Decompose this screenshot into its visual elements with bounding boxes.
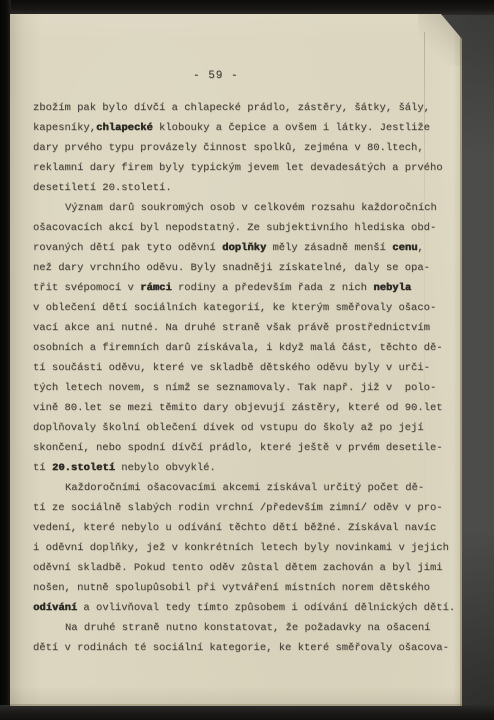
typed-line: dětí v rodinách té sociální kategorie, k… bbox=[33, 638, 455, 658]
typed-line: kapesníky,chlapecké klobouky a čepice a … bbox=[33, 118, 455, 138]
overstruck-word: rámci bbox=[140, 282, 172, 294]
typed-line: reklamní dary firem byly typickým jevem … bbox=[33, 158, 455, 178]
typed-line: vací akce ani nutné. Na druhé straně vša… bbox=[33, 318, 455, 338]
paragraph: Každoročními ošacovacími akcemi získával… bbox=[33, 478, 455, 618]
typed-line: oděvní skladbě. Pokud tento oděv zůstal … bbox=[33, 558, 455, 578]
typed-line: odívání a ovlivňoval tedy tímto způsobem… bbox=[33, 598, 455, 618]
typed-line: Význam darů soukromých osob v celkovém r… bbox=[33, 198, 455, 218]
scanned-page-view: - 59 - zbožím pak bylo dívčí a chlapecké… bbox=[0, 0, 494, 720]
paragraph: zbožím pak bylo dívčí a chlapecké prádlo… bbox=[33, 98, 455, 198]
overstruck-word: odívání bbox=[33, 602, 77, 614]
typed-line: třit svépomocí v rámci rodiny a předevší… bbox=[33, 278, 455, 298]
page-corner-fold bbox=[418, 14, 462, 66]
typed-line: rovaných dětí pak tyto oděvní doplňky mě… bbox=[33, 238, 455, 258]
typed-line: doplňovaly školní oblečení dívek od vstu… bbox=[33, 418, 455, 438]
typed-line: ošacovacích akcí byl nepodstatný. Ze sub… bbox=[33, 218, 455, 238]
typed-line: i oděvní doplňky, jež v konkrétních lete… bbox=[33, 538, 455, 558]
typed-line: než dary vrchního oděvu. Byly snadněji z… bbox=[33, 258, 455, 278]
typed-line: tí součásti oděvu, které ve skladbě děts… bbox=[33, 358, 455, 378]
typed-line: Na druhé straně nutno konstatovat, že po… bbox=[33, 618, 455, 638]
overstruck-word: doplňky bbox=[222, 242, 266, 254]
typed-line: nošen, nutně spolupůsobil při vytváření … bbox=[33, 578, 455, 598]
scan-background-top bbox=[0, 0, 494, 15]
typed-line: tí 20.století nebylo obvyklé. bbox=[33, 458, 455, 478]
typed-line: tých letech novem, s nímž se seznamovaly… bbox=[33, 378, 455, 398]
page-number: - 59 - bbox=[193, 70, 239, 82]
overstruck-word: chlapecké bbox=[96, 122, 153, 134]
typed-line: desetiletí 20.století. bbox=[33, 178, 455, 198]
scan-background-bottom bbox=[0, 705, 494, 720]
overstruck-word: nebyla bbox=[373, 282, 411, 294]
typed-line: skončení, nebo spodní dívčí prádlo, kter… bbox=[33, 438, 455, 458]
typed-line: zbožím pak bylo dívčí a chlapecké prádlo… bbox=[33, 98, 455, 118]
paragraph: Na druhé straně nutno konstatovat, že po… bbox=[33, 618, 455, 658]
overstruck-word: cenu bbox=[392, 242, 417, 254]
document-page: - 59 - zbožím pak bylo dívčí a chlapecké… bbox=[10, 14, 462, 706]
typed-line: v oblečení dětí sociálních kategorií, ke… bbox=[33, 298, 455, 318]
paragraph: Význam darů soukromých osob v celkovém r… bbox=[33, 198, 455, 478]
book-binding-strip bbox=[0, 0, 11, 720]
typewritten-text-block: zbožím pak bylo dívčí a chlapecké prádlo… bbox=[33, 98, 455, 658]
typed-line: osobních a firemních darů získávala, i k… bbox=[33, 338, 455, 358]
overstruck-word: 20.století bbox=[52, 462, 115, 474]
typed-line: dary prvého typu provázely činnost spolk… bbox=[33, 138, 455, 158]
typed-line: tí ze sociálně slabých rodin vrchní /pře… bbox=[33, 498, 455, 518]
typed-line: vedení, které nebylo u odívání těchto dě… bbox=[33, 518, 455, 538]
typed-line: Každoročními ošacovacími akcemi získával… bbox=[33, 478, 455, 498]
typed-line: vině 80.let se mezi těmito dary objevují… bbox=[33, 398, 455, 418]
